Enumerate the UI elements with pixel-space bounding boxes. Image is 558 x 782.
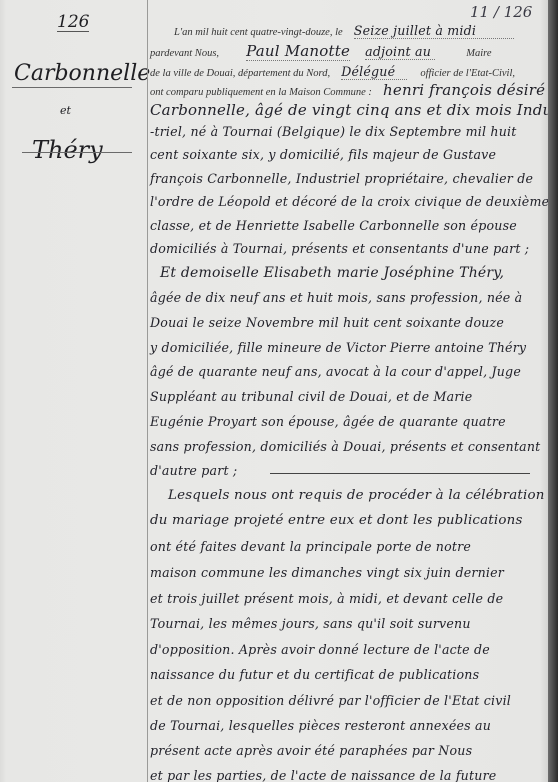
printed-text: de la ville de Douai, département du Nor… (150, 68, 330, 79)
register-page: 126 Carbonnelle et Théry 11 / 126 L'an m… (0, 0, 548, 782)
text-line: naissance du futur et du certificat de p… (150, 667, 479, 682)
margin-column: 126 Carbonnelle et Théry (0, 0, 147, 782)
text-line: ont été faites devant la principale port… (150, 539, 471, 554)
text-line: Douai le seize Novembre mil huit cent so… (150, 315, 504, 330)
scan-edge (548, 0, 558, 782)
underline (12, 87, 132, 88)
text-line: et par les parties, de l'acte de naissan… (150, 768, 496, 782)
groom-given-names: henri françois désiré (383, 81, 545, 99)
groom-surname-margin: Carbonnelle (14, 62, 150, 86)
text-line: l'ordre de Léopold et décoré de la croix… (150, 194, 549, 209)
printed-text: pardevant Nous, (150, 48, 219, 59)
fill-line (270, 473, 530, 474)
printed-text: officier de l'Etat-Civil, (420, 68, 515, 79)
text-line: présent acte après avoir été paraphées p… (150, 743, 472, 758)
text-line: et trois juillet présent mois, à midi, e… (150, 591, 503, 606)
text-line: d'autre part ; (150, 463, 237, 478)
text-line: françois Carbonnelle, Industriel proprié… (150, 171, 533, 186)
printed-text: ont comparu publiquement en la Maison Co… (150, 87, 372, 98)
entry-number: 126 (57, 13, 89, 32)
text-line: Tournai, les mêmes jours, sans qu'il soi… (150, 616, 471, 631)
header-line-4: ont comparu publiquement en la Maison Co… (150, 80, 545, 99)
date-handwritten: Seize juillet à midi (354, 23, 514, 39)
officer-title: adjoint au (365, 44, 435, 60)
header-line-3: de la ville de Douai, département du Nor… (150, 61, 515, 80)
printed-text: Maire (466, 48, 491, 59)
text-line: du mariage projeté entre eux et dont les… (150, 513, 523, 528)
text-line: classe, et de Henriette Isabelle Carbonn… (150, 218, 517, 233)
text-line: Et demoiselle Elisabeth marie Joséphine … (160, 265, 504, 281)
text-line: -triel, né à Tournai (Belgique) le dix S… (150, 124, 517, 139)
text-line: cent soixante six, y domicilié, fils maj… (150, 147, 496, 162)
underline (22, 152, 132, 153)
text-line: de Tournai, lesquelles pièces resteront … (150, 718, 491, 733)
bride-surname-margin: Théry (32, 138, 103, 162)
header-line-1: L'an mil huit cent quatre-vingt-douze, l… (174, 20, 514, 39)
text-line: et de non opposition délivré par l'offic… (150, 693, 511, 708)
text-line: Suppléant au tribunal civil de Douai, et… (150, 389, 472, 404)
text-line: Carbonnelle, âgé de vingt cinq ans et di… (150, 101, 558, 119)
text-line: domiciliés à Tournai, présents et consen… (150, 241, 529, 256)
text-line: maison commune les dimanches vingt six j… (150, 565, 504, 580)
text-line: Lesquels nous ont requis de procéder à l… (168, 488, 545, 503)
text-line: Eugénie Proyart son épouse, âgée de quar… (150, 414, 506, 429)
printed-text: L'an mil huit cent quatre-vingt-douze, l… (174, 27, 343, 38)
text-line: sans profession, domiciliés à Douai, pré… (150, 439, 540, 454)
text-line: âgé de quarante neuf ans, avocat à la co… (150, 364, 521, 379)
header-line-2: pardevant Nous, Paul Manotte adjoint au … (150, 41, 492, 61)
text-line: d'opposition. Après avoir donné lecture … (150, 642, 490, 657)
delegation: Délégué (341, 64, 407, 80)
officer-name: Paul Manotte (246, 42, 350, 61)
conjunction: et (60, 104, 71, 117)
text-line: âgée de dix neuf ans et huit mois, sans … (150, 290, 522, 305)
margin-rule (147, 0, 148, 782)
folio-annotation: 11 / 126 (470, 3, 532, 21)
text-line: y domiciliée, fille mineure de Victor Pi… (150, 340, 526, 355)
